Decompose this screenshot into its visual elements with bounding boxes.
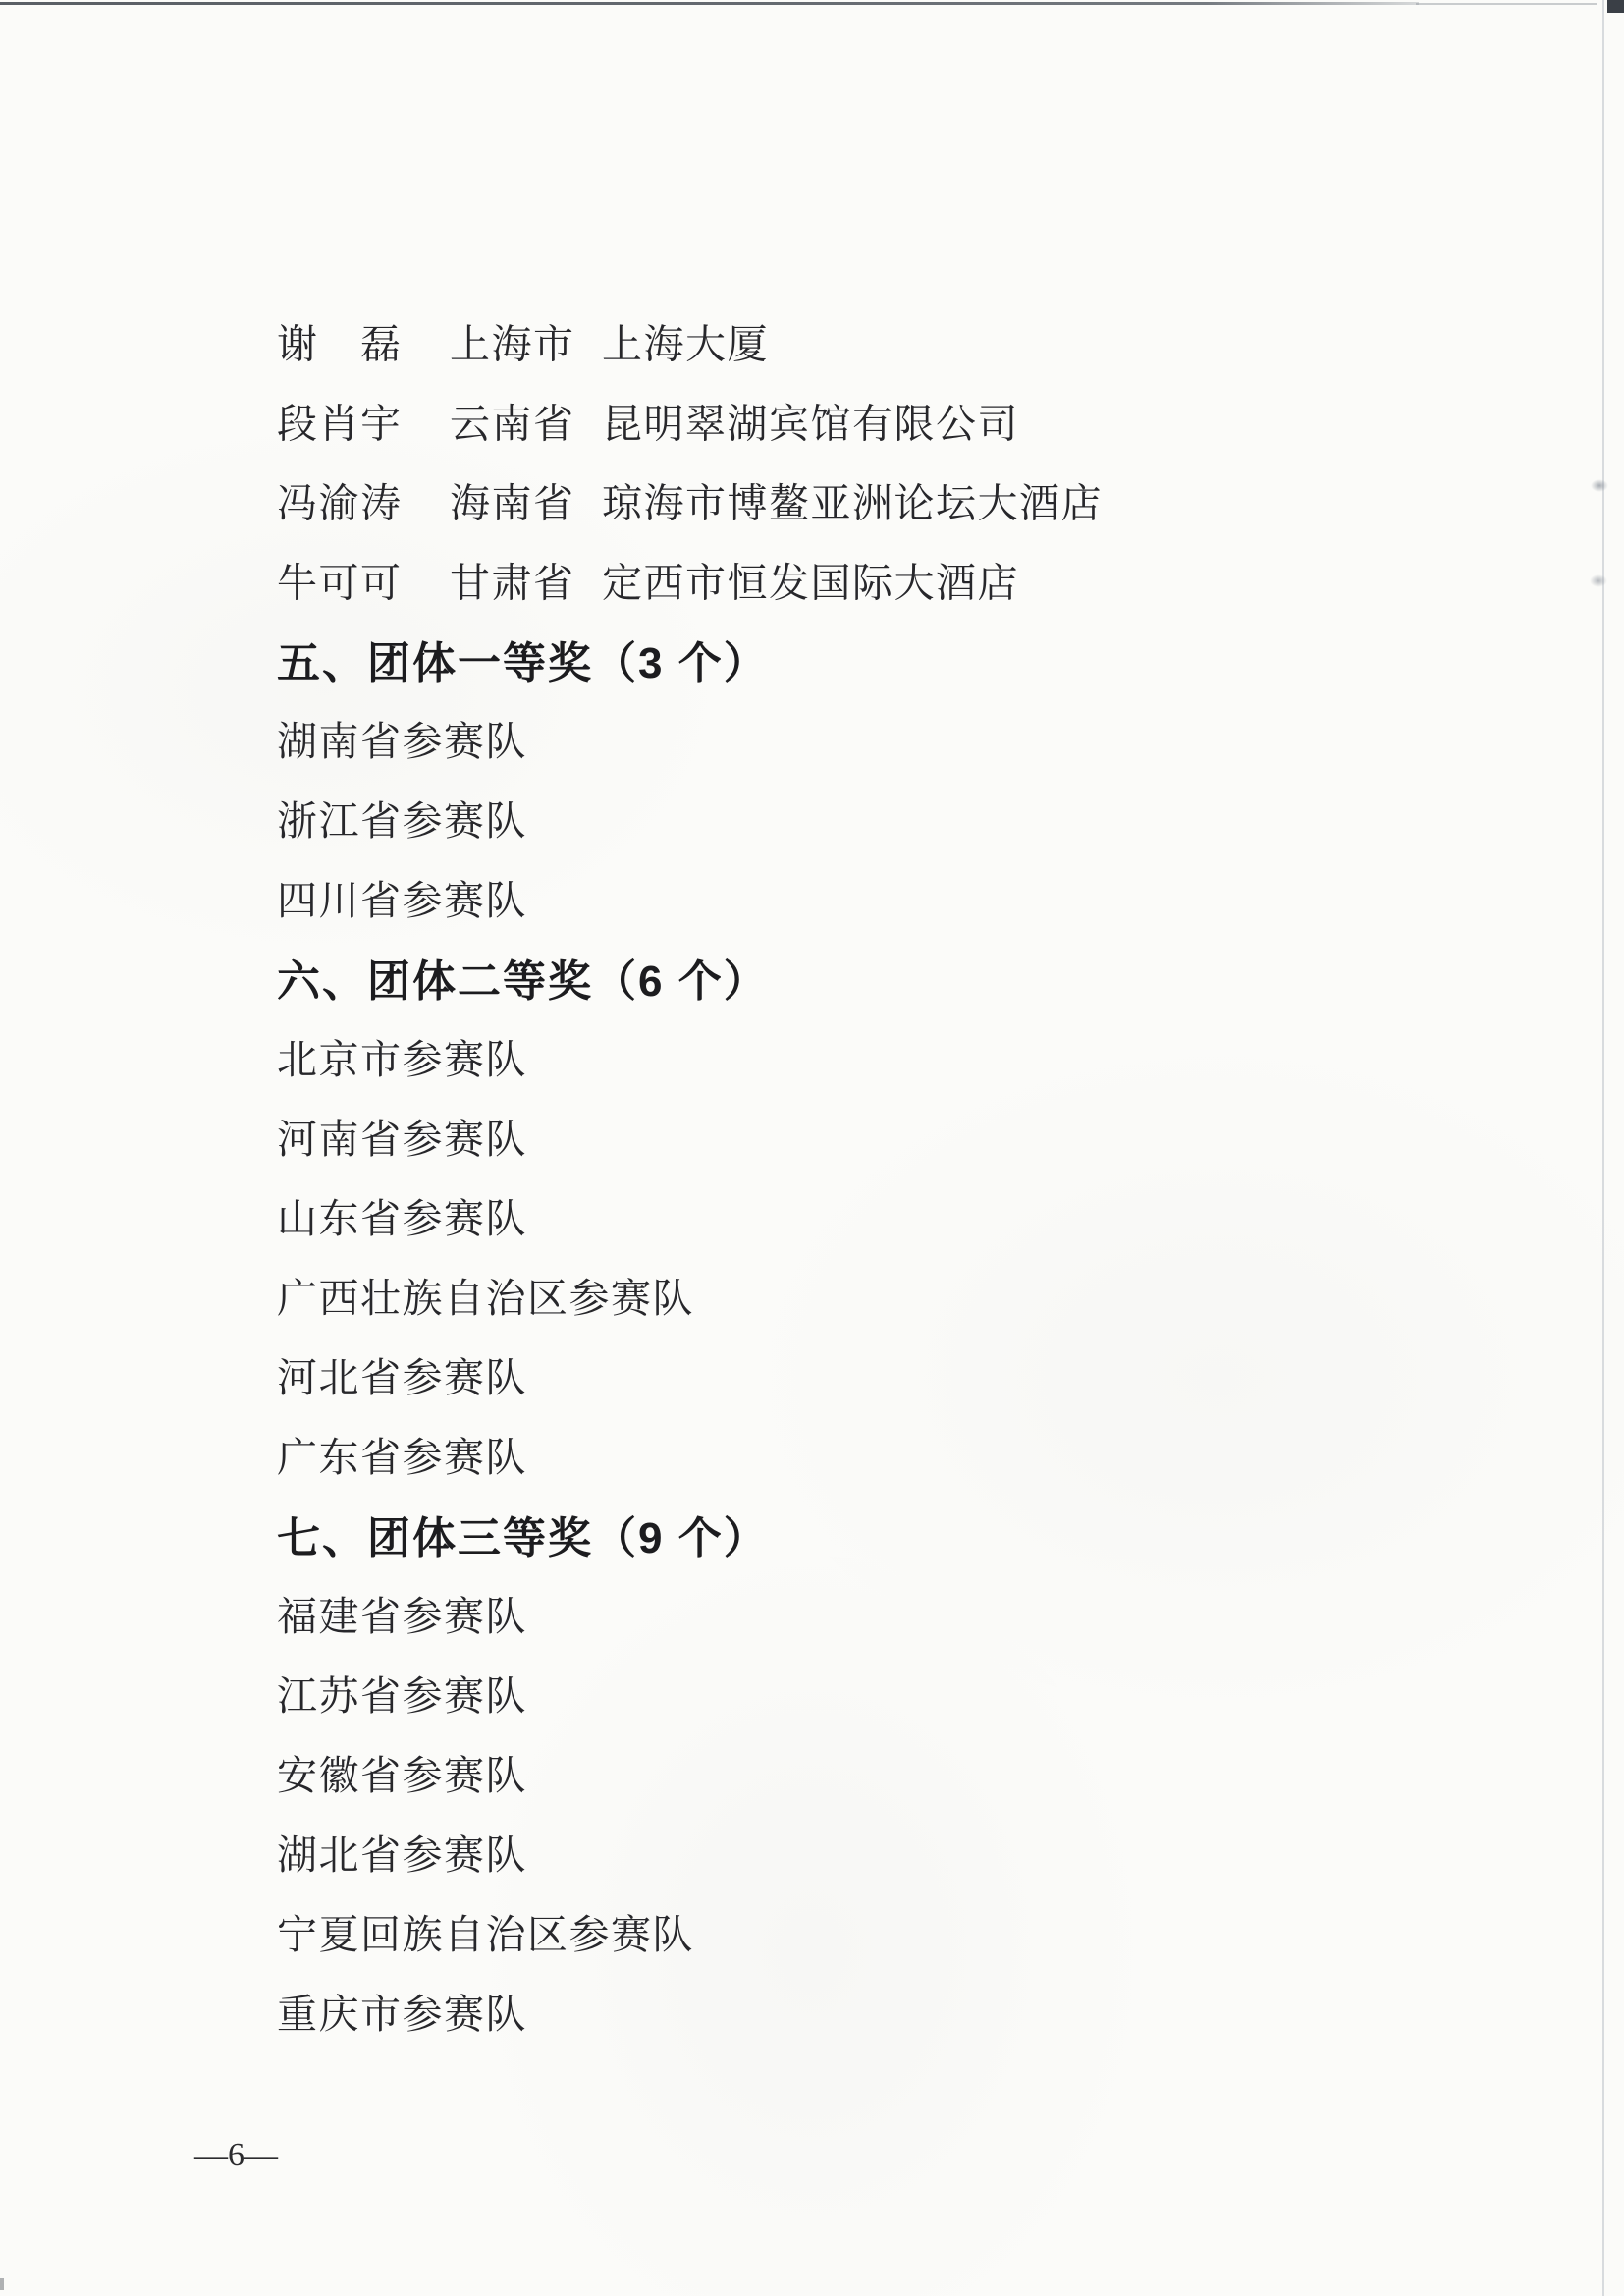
winner-name: 段肖宇	[277, 391, 403, 449]
page-number: —6—	[194, 2137, 278, 2174]
section-heading-team-first-prize: 五、团体一等奖（3 个）	[277, 619, 1455, 698]
winner-unit: 定西市恒发国际大酒店	[602, 550, 1019, 608]
team-row: 安徽省参赛队	[277, 1732, 1455, 1812]
team-row: 北京市参赛队	[277, 1016, 1455, 1096]
team-row: 广东省参赛队	[277, 1414, 1455, 1494]
scan-artifact-corner-block	[1607, 0, 1624, 13]
scan-artifact-edge-mark	[0, 2278, 4, 2290]
winner-unit: 琼海市博鳌亚洲论坛大酒店	[602, 470, 1103, 528]
team-row: 河北省参赛队	[277, 1335, 1455, 1414]
team-row: 福建省参赛队	[277, 1573, 1455, 1653]
winner-name: 谢 磊	[277, 311, 403, 369]
award-winner-row: 冯渝涛 海南省 琼海市博鳌亚洲论坛大酒店	[277, 460, 1455, 539]
team-row: 山东省参赛队	[277, 1175, 1455, 1255]
scan-artifact-top-edge	[0, 2, 1419, 5]
winner-unit: 昆明翠湖宾馆有限公司	[602, 391, 1019, 449]
team-row: 江苏省参赛队	[277, 1653, 1455, 1732]
team-row: 湖北省参赛队	[277, 1812, 1455, 1891]
team-row: 重庆市参赛队	[277, 1971, 1455, 2050]
team-row: 浙江省参赛队	[277, 778, 1455, 857]
team-row: 四川省参赛队	[277, 857, 1455, 937]
team-row: 广西壮族自治区参赛队	[277, 1255, 1455, 1335]
winner-region: 海南省	[450, 470, 575, 528]
award-winner-row: 牛可可 甘肃省 定西市恒发国际大酒店	[277, 539, 1455, 619]
section-heading-team-second-prize: 六、团体二等奖（6 个）	[277, 937, 1455, 1016]
winner-unit: 上海大厦	[602, 311, 769, 369]
winner-region: 云南省	[450, 391, 575, 449]
winner-region: 上海市	[450, 311, 575, 369]
winner-region: 甘肃省	[450, 550, 575, 608]
scanned-document-page: 谢 磊 上海市 上海大厦 段肖宇 云南省 昆明翠湖宾馆有限公司 冯渝涛 海南省 …	[0, 0, 1624, 2296]
winner-name: 冯渝涛	[277, 470, 403, 528]
section-heading-team-third-prize: 七、团体三等奖（9 个）	[277, 1494, 1455, 1573]
document-body: 谢 磊 上海市 上海大厦 段肖宇 云南省 昆明翠湖宾馆有限公司 冯渝涛 海南省 …	[277, 301, 1455, 2050]
scan-artifact-smudge	[1591, 479, 1608, 492]
team-row: 宁夏回族自治区参赛队	[277, 1891, 1455, 1971]
winner-name: 牛可可	[277, 550, 403, 608]
scan-artifact-smudge	[1590, 574, 1607, 587]
award-winner-row: 谢 磊 上海市 上海大厦	[277, 301, 1455, 380]
scan-artifact-top-edge-faint	[1416, 3, 1597, 5]
scan-artifact-fold-line	[1602, 0, 1604, 2296]
team-row: 湖南省参赛队	[277, 698, 1455, 778]
team-row: 河南省参赛队	[277, 1096, 1455, 1175]
award-winner-row: 段肖宇 云南省 昆明翠湖宾馆有限公司	[277, 380, 1455, 460]
